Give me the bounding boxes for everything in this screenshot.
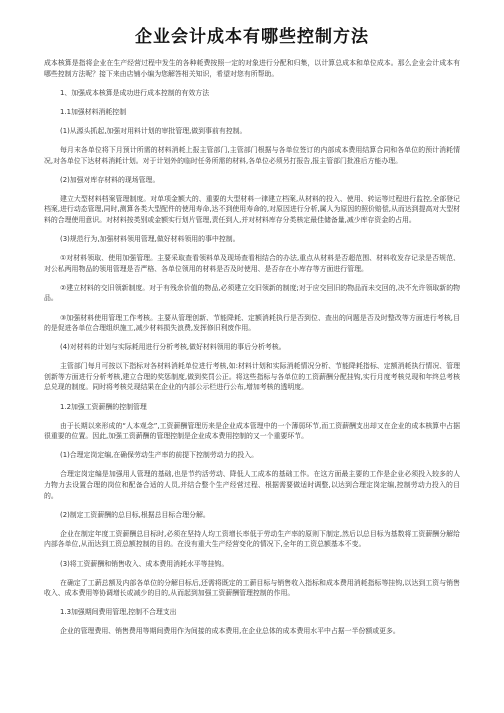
item-heading: (4)对材料的计划与实际耗用进行分析考核,做好材料领用的事后分析考核。 xyxy=(44,342,460,353)
body-paragraph: 在确定了工薪总额及内部各单位的分解目标后,还需将既定的工薪目标与销售收入指标和成… xyxy=(44,578,460,599)
body-paragraph: 建立大型材料档案管理制度。对单项金额大的、重要的大型材料一律建立档案,从材料的投… xyxy=(44,194,460,226)
item-heading: (3)规范行为,加强材料领用管理,做好材料领用的事中控制。 xyxy=(44,234,460,245)
item-heading: (2)加强对库存材料的现场管理。 xyxy=(44,175,460,186)
item-heading: (1)从源头抓起,加强对用料计划的审批管理,做到事前有控制。 xyxy=(44,126,460,137)
subsection-heading: 1.1加强材料消耗控制 xyxy=(44,107,460,118)
subsection-heading: 1.3加强期间费用管理,控制不合理支出 xyxy=(44,607,460,618)
body-paragraph: 由于长期以来形成的“人本观念”,工资薪酬管理历来是企业成本管理中的一个薄弱环节,… xyxy=(44,421,460,442)
section-heading: 1、加强成本核算是成功进行成本控制的有效方法 xyxy=(44,88,460,99)
body-paragraph: 合理定岗定编是加强用人管理的基础,也是节约活劳动、降低人工成本的基础工作。在这方… xyxy=(44,469,460,501)
intro-paragraph: 成本核算是指将企业在生产经营过程中发生的各种耗费按照一定的对象进行分配和归集，以… xyxy=(44,58,460,79)
body-paragraph: 企业在制定年度工资薪酬总目标时,必须在坚持人均工资增长率低于劳动生产率的原则下制… xyxy=(44,529,460,550)
document-page: 企业会计成本有哪些控制方法 成本核算是指将企业在生产经营过程中发生的各种耗费按照… xyxy=(0,0,504,713)
item-heading: (2)制定工资薪酬的总目标,根据总目标合理分解。 xyxy=(44,510,460,521)
body-paragraph: 主管部门每月可按以下指标对各材料消耗单位进行考核,如:材料计划和实际消耗情况分析… xyxy=(44,361,460,393)
subsection-heading: 1.2加强工资薪酬的控制管理 xyxy=(44,402,460,413)
body-paragraph: ①对材料领取、使用加强管理。主要采取查看领料单及现场查看相结合的办法,重点从材料… xyxy=(44,253,460,274)
body-paragraph: 企业的管理费用、销售费用等期间费用作为间接的成本费用,在企业总体的成本费用水平中… xyxy=(44,626,460,637)
body-paragraph: ③加强材料使用管理工作考核。主要从管理创新、节能降耗、定额消耗执行是否到位、查出… xyxy=(44,313,460,334)
body-paragraph: ②建立材料的交旧领新制度。对于有残余价值的物品,必须建立交旧领新的制度;对于应交… xyxy=(44,283,460,304)
item-heading: (1)合理定岗定编,在确保劳动生产率的前提下控制劳动力的投入。 xyxy=(44,450,460,461)
item-heading: (3)将工资薪酬和销售收入、成本费用消耗水平等挂钩。 xyxy=(44,559,460,570)
document-body: 成本核算是指将企业在生产经营过程中发生的各种耗费按照一定的对象进行分配和归集，以… xyxy=(44,58,460,645)
document-title: 企业会计成本有哪些控制方法 xyxy=(0,22,504,47)
body-paragraph: 每月末各单位将下月预计所需的材料消耗上报主管部门,主管部门根据与各单位签订的内部… xyxy=(44,145,460,166)
